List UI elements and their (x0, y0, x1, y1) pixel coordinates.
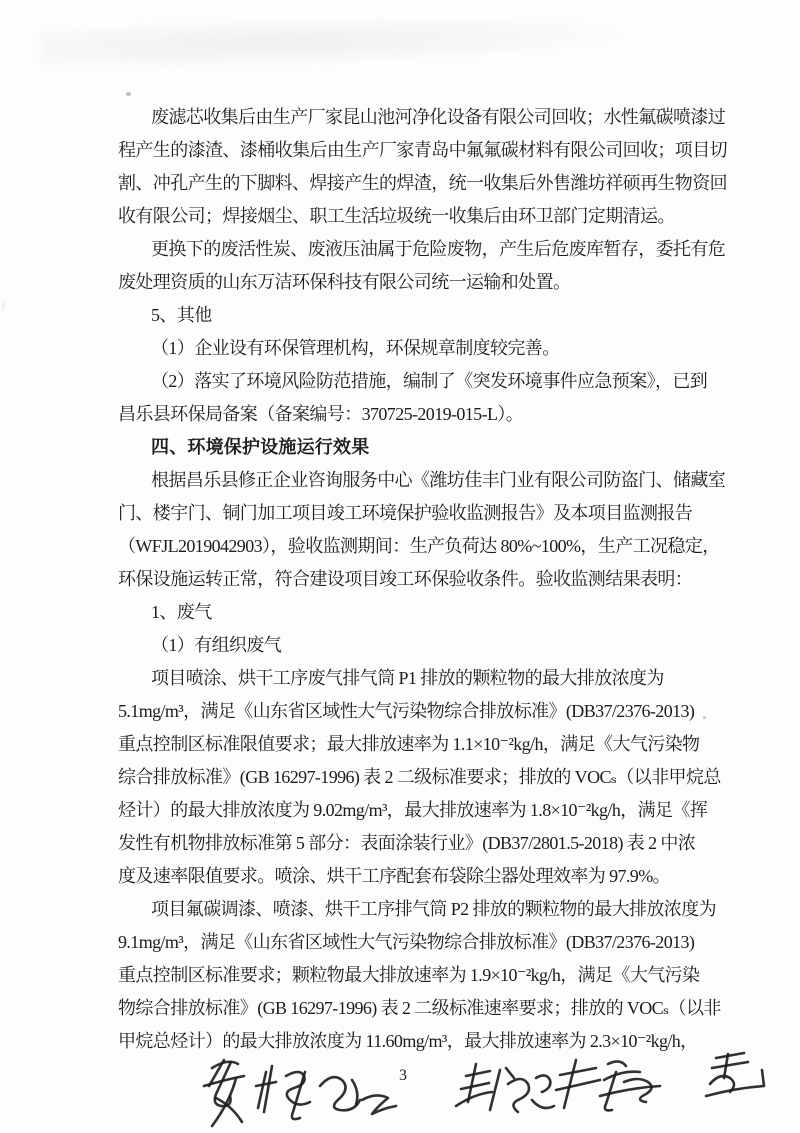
handwritten-signature-3 (456, 1064, 554, 1112)
handwritten-signature-1 (204, 1060, 244, 1126)
handwritten-signature-2 (256, 1066, 396, 1119)
document-page: 废滤芯收集后由生产厂家昆山池河净化设备有限公司回收；水性氟碳喷漆过程产生的漆渣、… (0, 0, 800, 1133)
handwritten-signature-5 (706, 1053, 764, 1096)
signatures-overlay (0, 0, 800, 1133)
handwritten-signature-4 (556, 1060, 660, 1110)
